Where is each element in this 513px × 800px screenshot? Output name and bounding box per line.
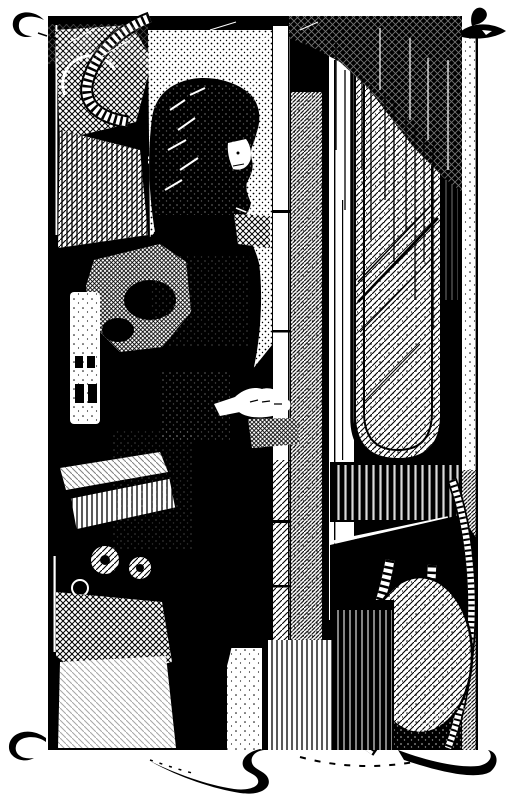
floor-light-left	[58, 656, 176, 748]
knuckle-shading	[248, 418, 300, 448]
grab-pole	[273, 26, 290, 648]
console-knob-2	[128, 556, 152, 580]
corner-flourish-bottom-right	[398, 750, 497, 775]
chest-hatch	[234, 214, 270, 248]
ribbon-flourish-bottom-center	[150, 749, 414, 794]
eye-mark	[237, 152, 240, 155]
illustration-page	[0, 0, 513, 800]
illustration-canvas	[0, 0, 513, 800]
corner-flourish-top-right	[460, 8, 506, 39]
button-panel	[70, 292, 100, 424]
corner-flourish-bottom-left	[9, 732, 46, 761]
door-jamb-hatched	[291, 92, 329, 640]
